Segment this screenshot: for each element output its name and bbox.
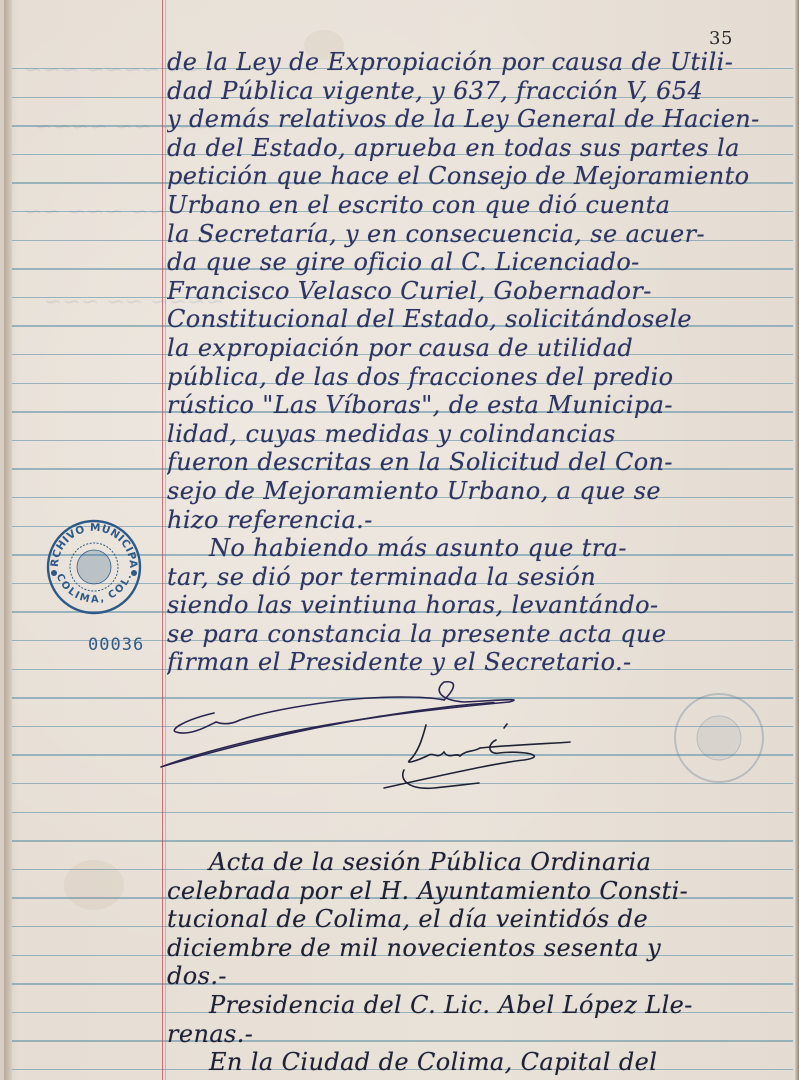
text-line: No habiendo más asunto que tra- (167, 534, 791, 563)
text-line: rústico "Las Víboras", de esta Municipa- (167, 391, 791, 420)
binding-spine (4, 0, 12, 1080)
text-line: Urbano en el escrito con que dió cuenta (167, 191, 791, 220)
text-line: sejo de Mejoramiento Urbano, a que se (167, 477, 791, 506)
text-line: En la Ciudad de Colima, Capital del (167, 1048, 791, 1077)
page-number: 35 (709, 28, 733, 49)
text-line: dad Pública vigente, y 637, fracción V, … (167, 77, 791, 106)
text-line: Presidencia del C. Lic. Abel López Lle- (167, 991, 791, 1020)
text-line: la expropiación por causa de utilidad (167, 334, 791, 363)
text-line: de la Ley de Expropiación por causa de U… (167, 48, 791, 77)
text-line: Acta de la sesión Pública Ordinaria (167, 848, 791, 877)
text-line: hizo referencia.- (167, 506, 791, 535)
signature-secretary (384, 724, 570, 788)
text-line: Francisco Velasco Curiel, Gobernador- (167, 277, 791, 306)
text-line: Constitucional del Estado, solicitándose… (167, 305, 791, 334)
paragraph-closing: No habiendo más asunto que tra- tar, se … (167, 534, 791, 677)
margin-line-red (162, 0, 163, 1080)
archive-stamp: ARCHIVO MUNICIPAL COLIMA, COL. (44, 515, 144, 615)
text-line: tucional de Colima, el día veintidós de (167, 905, 791, 934)
text-line: tar, se dió por terminada la sesión (167, 563, 791, 592)
text-line: se para constancia la presente acta que (167, 620, 791, 649)
text-line: da que se gire oficio al C. Licenciado- (167, 248, 791, 277)
text-line: dos.- (167, 962, 791, 991)
rule-line (12, 840, 793, 841)
stamp-star-icon (131, 570, 137, 576)
paragraph-location: En la Ciudad de Colima, Capital del (167, 1048, 791, 1077)
page-edge (795, 0, 799, 1080)
text-line: celebrada por el H. Ayuntamiento Consti- (167, 877, 791, 906)
text-line: diciembre de mil novecientos sesenta y (167, 934, 791, 963)
ledger-page: ~~ ~~~~ ~~~ ~~~ ~~ ~~~~ ~~ ~~~ ~~ ~~~~ ~… (4, 0, 799, 1080)
rule-line (12, 812, 793, 813)
paper-stain (64, 860, 124, 910)
text-line: lidad, cuyas medidas y colindancias (167, 420, 791, 449)
paragraph-session-header: Acta de la sesión Pública Ordinaria cele… (167, 848, 791, 991)
paragraph-expropriation: de la Ley de Expropiación por causa de U… (167, 48, 791, 534)
bleed-through-stamp (669, 688, 769, 788)
text-line: y demás relativos de la Ley General de H… (167, 105, 791, 134)
text-line: renas.- (167, 1020, 791, 1049)
text-line: petición que hace el Consejo de Mejorami… (167, 162, 791, 191)
stamp-star-icon (51, 570, 57, 576)
paragraph-presidency: Presidencia del C. Lic. Abel López Lle- … (167, 991, 791, 1048)
text-line: la Secretaría, y en consecuencia, se acu… (167, 220, 791, 249)
bleed-through-text: ~~ ~~~ ~~ (24, 200, 167, 225)
folio-number: 00036 (88, 635, 144, 655)
text-line: pública, de las dos fracciones del predi… (167, 363, 791, 392)
text-line: siendo las veintiuna horas, levantándo- (167, 591, 791, 620)
margin-line-blue (165, 0, 166, 1080)
text-line: firman el Presidente y el Secretario.- (167, 648, 791, 677)
text-line: da del Estado, aprueba en todas sus part… (167, 134, 791, 163)
text-line: fueron descritas en la Solicitud del Con… (167, 448, 791, 477)
